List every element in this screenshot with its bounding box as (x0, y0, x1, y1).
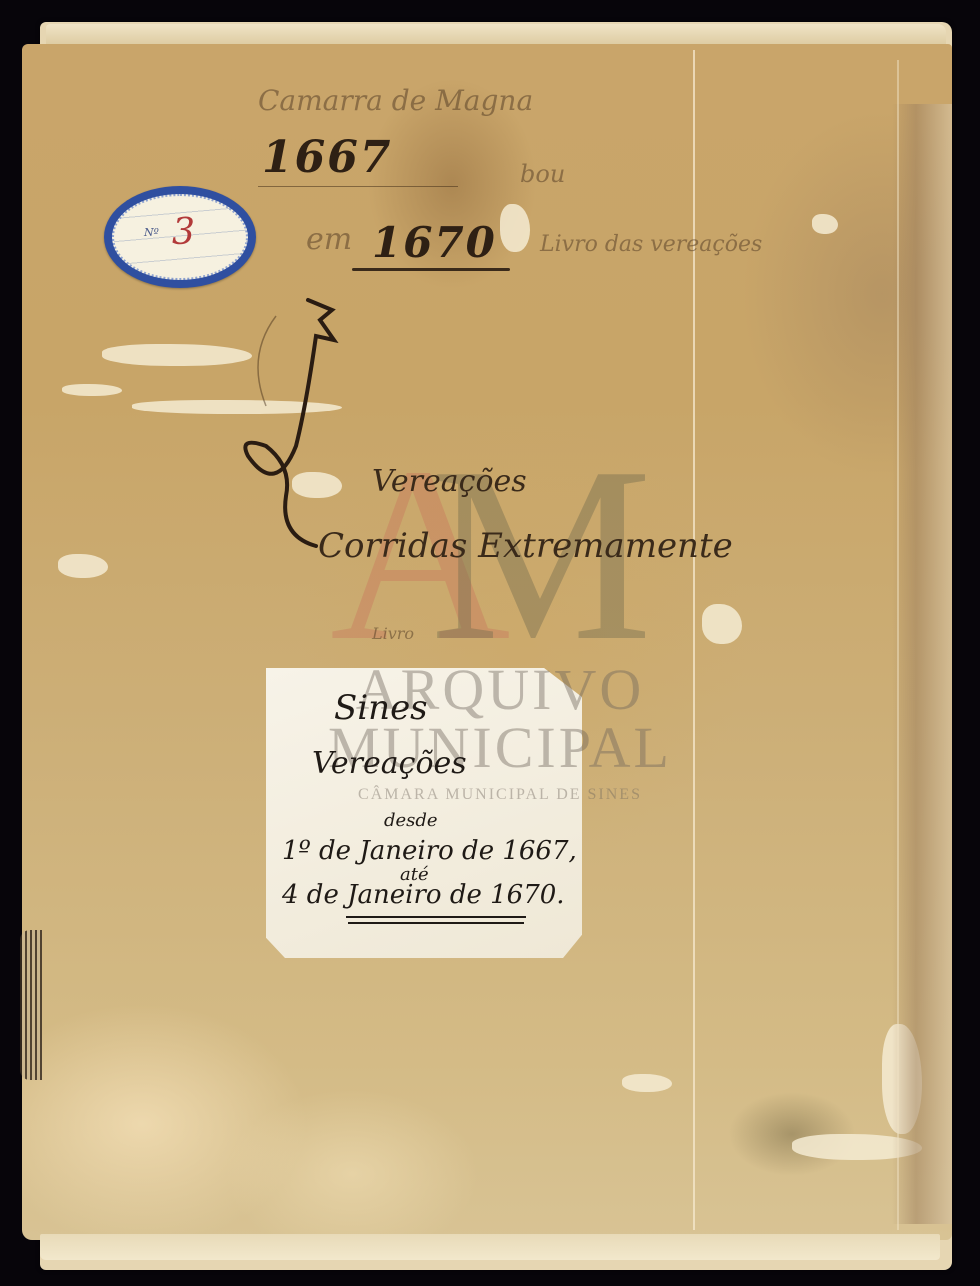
handwritten-right-note: Livro das vereações (540, 232, 762, 257)
wear-mark (58, 554, 108, 578)
underline (258, 186, 458, 187)
fold-crease (693, 50, 695, 1230)
label-from-word: desde (384, 810, 438, 831)
catalogue-prefix: Nº (144, 226, 159, 239)
handwritten-script-line-2: Corridas Extremamente (318, 526, 733, 566)
catalogue-number-label: Nº 3 (104, 186, 256, 288)
wear-mark (62, 384, 122, 396)
label-place: Sines (334, 688, 428, 728)
handwritten-small-note: Livro (372, 624, 414, 643)
ink-flourish-icon (236, 296, 356, 556)
wear-mark (622, 1074, 672, 1092)
top-page-edge (46, 24, 946, 46)
binding-stitch (20, 930, 42, 1080)
handwritten-year-start: 1667 (262, 132, 392, 183)
wear-mark (702, 604, 742, 644)
handwritten-script-line-1: Vereações (372, 464, 527, 499)
label-underline (346, 916, 526, 918)
underline (352, 268, 510, 271)
label-title: Vereações (312, 746, 467, 781)
label-date-to: 4 de Janeiro de 1670. (282, 880, 565, 910)
wear-mark (500, 204, 530, 252)
label-underline (348, 922, 524, 924)
wear-mark (812, 214, 838, 234)
wear-mark (792, 1134, 922, 1160)
handwritten-year-end: 1670 (372, 218, 497, 267)
handwritten-side-note: bou (520, 160, 565, 188)
fold-crease (897, 60, 899, 1230)
wear-mark (882, 1024, 922, 1134)
document-viewer: Nº 3 Camarra de Magna 1667 bou em 1670 L… (0, 0, 980, 1286)
label-date-from: 1º de Janeiro de 1667, (282, 836, 577, 866)
wear-mark (102, 344, 252, 366)
bottom-page-edge (40, 1234, 940, 1260)
handwritten-top-note: Camarra de Magna (258, 84, 533, 117)
catalogue-number: 3 (172, 212, 195, 253)
handwritten-em: em (306, 222, 352, 257)
